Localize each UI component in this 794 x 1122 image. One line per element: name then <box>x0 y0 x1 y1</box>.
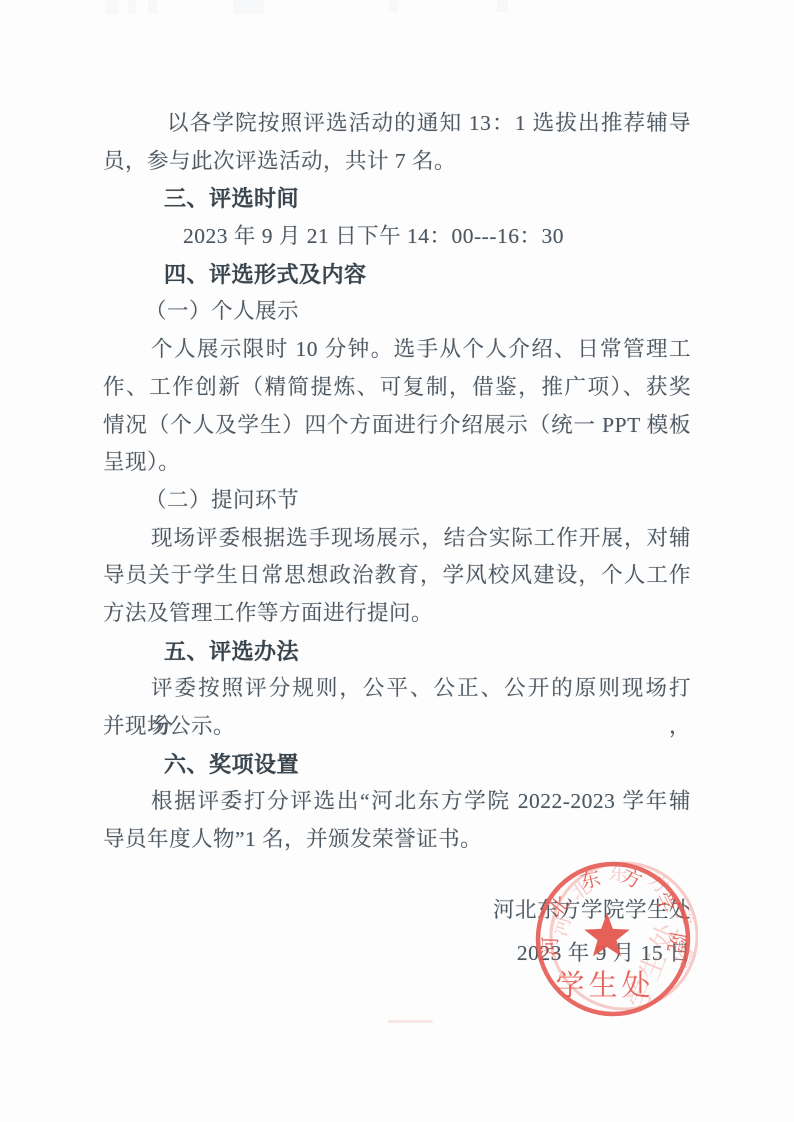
section-heading: 四、评选形式及内容 <box>103 256 691 294</box>
doc-line: 以各学院按照评选活动的通知 13：1 选拔出推荐辅导 <box>103 105 691 143</box>
doc-line: 情况（个人及学生）四个方面进行介绍展示（统一 PPT 模板 <box>103 407 691 445</box>
scan-artifact <box>148 0 157 14</box>
doc-line: 根据评委打分评选出“河北东方学院 2022-2023 学年辅 <box>103 783 691 821</box>
section-heading: 三、评选时间 <box>103 180 691 218</box>
doc-line: 评委按照评分规则，公平、公正、公开的原则现场打分， <box>103 670 691 708</box>
doc-line: （一）个人展示 <box>103 293 691 331</box>
doc-line: 作、工作创新（精简提炼、可复制，借鉴，推广项）、获奖 <box>103 369 691 407</box>
doc-line: 个人展示限时 10 分钟。选手从个人介绍、日常管理工 <box>103 331 691 369</box>
scan-smudge <box>388 1020 433 1023</box>
official-seal-stamp: 河北东方学院 学生处 河北东方学院 学生处 <box>528 854 698 1024</box>
doc-line: 呈现）。 <box>103 444 691 482</box>
scan-artifact <box>106 0 118 14</box>
seal-name-text: 学生处 <box>555 969 654 1002</box>
doc-line: 现场评委根据选手现场展示，结合实际工作开展，对辅 <box>103 520 691 558</box>
section-heading: 六、奖项设置 <box>103 746 691 784</box>
scanned-document-page: 以各学院按照评选活动的通知 13：1 选拔出推荐辅导 员，参与此次评选活动，共计… <box>0 0 794 1122</box>
doc-line: 2023 年 9 月 21 日下午 14：00---16：30 <box>103 218 691 256</box>
scan-artifact <box>128 0 136 14</box>
scan-artifact <box>233 0 264 14</box>
scan-artifact <box>389 0 398 12</box>
doc-line: 方法及管理工作等方面进行提问。 <box>103 595 691 633</box>
star-icon <box>584 913 630 956</box>
document-body: 以各学院按照评选活动的通知 13：1 选拔出推荐辅导 员，参与此次评选活动，共计… <box>103 105 691 859</box>
section-heading: 五、评选办法 <box>103 633 691 671</box>
doc-line: 导员关于学生日常思想政治教育，学风校风建设，个人工作 <box>103 557 691 595</box>
doc-line: 员，参与此次评选活动，共计 7 名。 <box>103 143 691 181</box>
scan-artifact <box>497 0 508 12</box>
seal-graphic: 河北东方学院 学生处 河北东方学院 学生处 <box>528 854 698 1024</box>
doc-line: （二）提问环节 <box>103 482 691 520</box>
